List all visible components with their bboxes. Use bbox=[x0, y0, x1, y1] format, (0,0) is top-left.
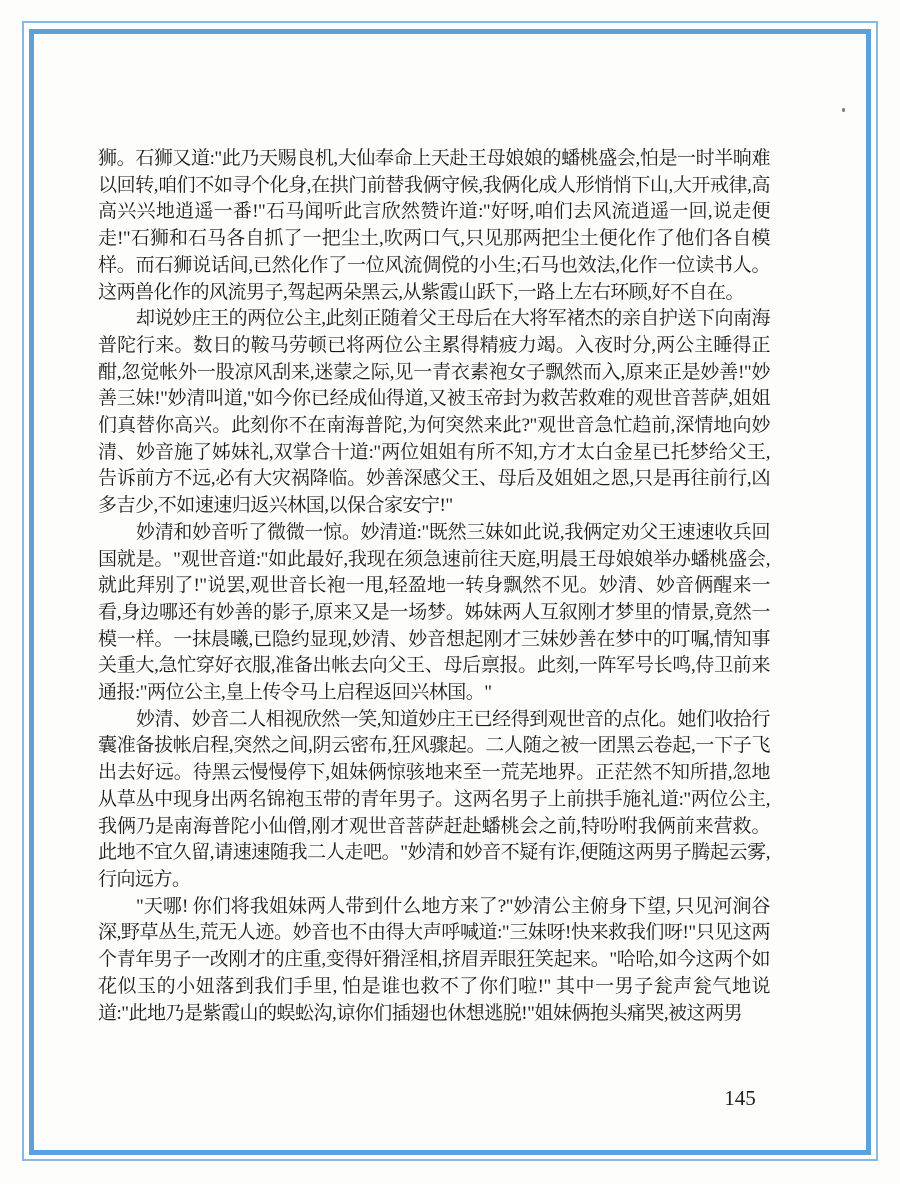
paragraph: 妙清、妙音二人相视欣然一笑,知道妙庄王已经得到观世音的点化。她们收拾行囊准备拔帐… bbox=[98, 707, 770, 894]
paragraph: "天哪! 你们将我姐妹两人带到什么地方来了?"妙清公主俯身下望, 只见河涧谷深,… bbox=[98, 894, 770, 1028]
paragraph-continuation: 狮。石狮又道:"此乃天赐良机,大仙奉命上天赴王母娘娘的蟠桃盛会,怕是一时半晌难以… bbox=[98, 146, 770, 306]
page-number: 145 bbox=[690, 1086, 790, 1111]
scan-artifact-speck bbox=[842, 108, 845, 112]
book-page: 狮。石狮又道:"此乃天赐良机,大仙奉命上天赴王母娘娘的蟠桃盛会,怕是一时半晌难以… bbox=[0, 0, 900, 1184]
body-text: 狮。石狮又道:"此乃天赐良机,大仙奉命上天赴王母娘娘的蟠桃盛会,怕是一时半晌难以… bbox=[98, 146, 770, 1027]
paragraph: 妙清和妙音听了微微一惊。妙清道:"既然三妹如此说,我俩定劝父王速速收兵回国就是。… bbox=[98, 520, 770, 707]
paragraph: 却说妙庄王的两位公主,此刻正随着父王母后在大将军褚杰的亲自护送下向南海普陀行来。… bbox=[98, 306, 770, 520]
